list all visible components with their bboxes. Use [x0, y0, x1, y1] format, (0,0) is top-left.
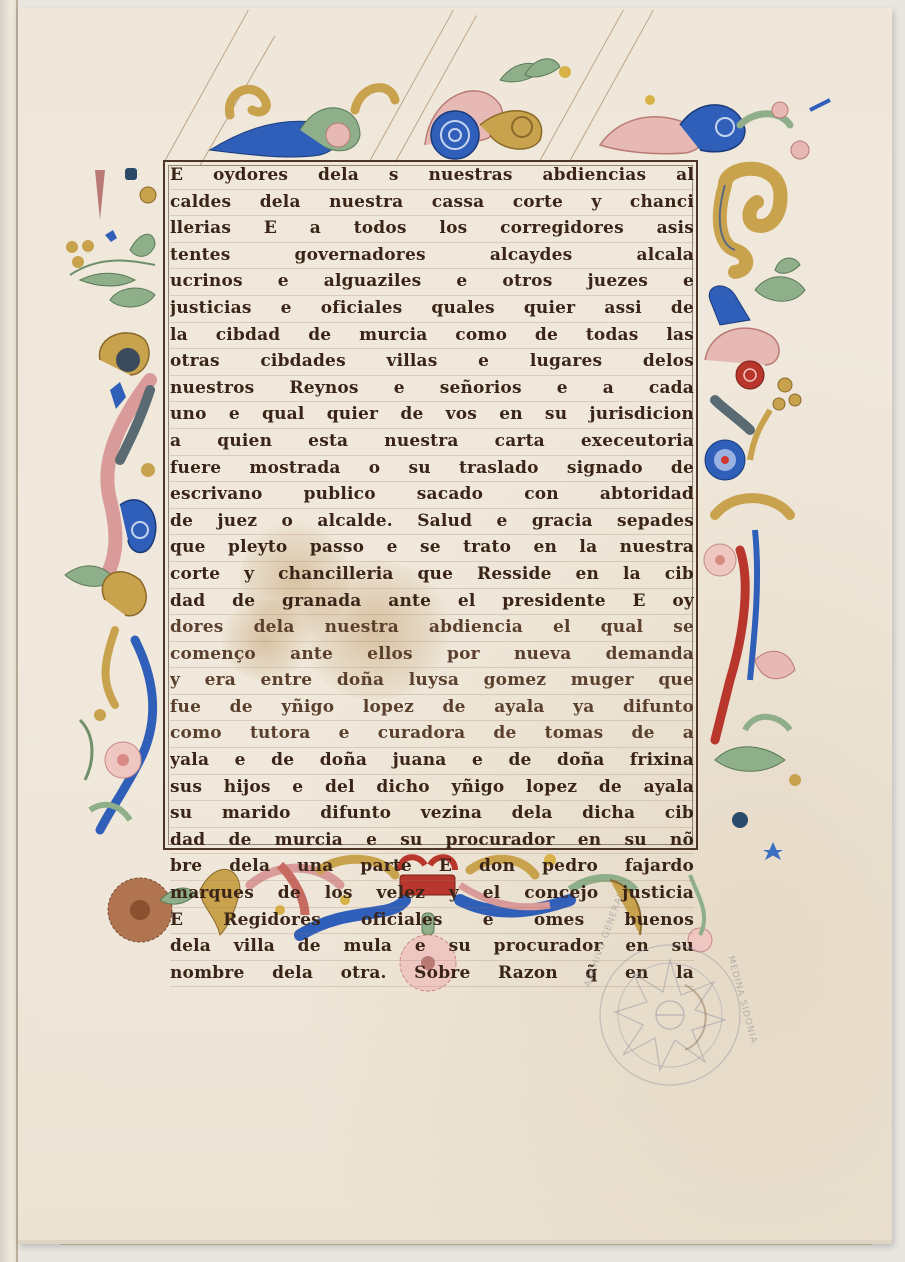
text-line: yala e de doña juana e de doña frixina — [170, 748, 694, 775]
text-line: dad de granada ante el presidente E oy — [170, 589, 694, 616]
text-line: corte y chancilleria que Resside en la c… — [170, 562, 694, 589]
text-line: E oydores dela s nuestras abdiencias al — [170, 163, 694, 190]
text-line: sus hijos e del dicho yñigo lopez de aya… — [170, 775, 694, 802]
text-line: su marido difunto vezina dela dicha cib — [170, 801, 694, 828]
text-line: de juez o alcalde. Salud e gracia sepade… — [170, 509, 694, 536]
top-border-illumination — [180, 55, 840, 165]
archive-stamp-icon — [595, 940, 745, 1090]
text-line: escrivano publico sacado con abtoridad — [170, 482, 694, 509]
text-line: a quien esta nuestra carta execeutoria — [170, 429, 694, 456]
text-line: otras cibdades villas e lugares delos — [170, 349, 694, 376]
text-line: nuestros Reynos e señorios e a cada — [170, 376, 694, 403]
text-line: como tutora e curadora de tomas de a — [170, 721, 694, 748]
text-line: fuere mostrada o su traslado signado de — [170, 456, 694, 483]
text-line: dores dela nuestra abdiencia el qual se — [170, 615, 694, 642]
text-line: ucrinos e alguaziles e otros juezes e — [170, 269, 694, 296]
text-line: justicias e oficiales quales quier assi … — [170, 296, 694, 323]
text-line: y era entre doña luysa gomez muger que — [170, 668, 694, 695]
text-line: que pleyto passo e se trato en la nuestr… — [170, 535, 694, 562]
text-line: uno e qual quier de vos en su jurisdicio… — [170, 402, 694, 429]
text-line: fue de yñigo lopez de ayala ya difunto — [170, 695, 694, 722]
text-line: dad de murcia e su procurador en su nõ — [170, 828, 694, 855]
left-border-illumination — [60, 160, 170, 850]
text-line: començo ante ellos por nueva demanda — [170, 642, 694, 669]
manuscript-text: E oydores dela s nuestras abdiencias al … — [170, 163, 694, 987]
right-border-illumination — [695, 160, 825, 860]
text-line: caldes dela nuestra cassa corte y chanci — [170, 190, 694, 217]
text-line: la cibdad de murcia como de todas las — [170, 323, 694, 350]
text-line: llerias E a todos los corregidores asis — [170, 216, 694, 243]
text-line: tentes governadores alcaydes alcala — [170, 243, 694, 270]
text-line: bre dela una parte E don pedro fajardo — [170, 854, 694, 881]
